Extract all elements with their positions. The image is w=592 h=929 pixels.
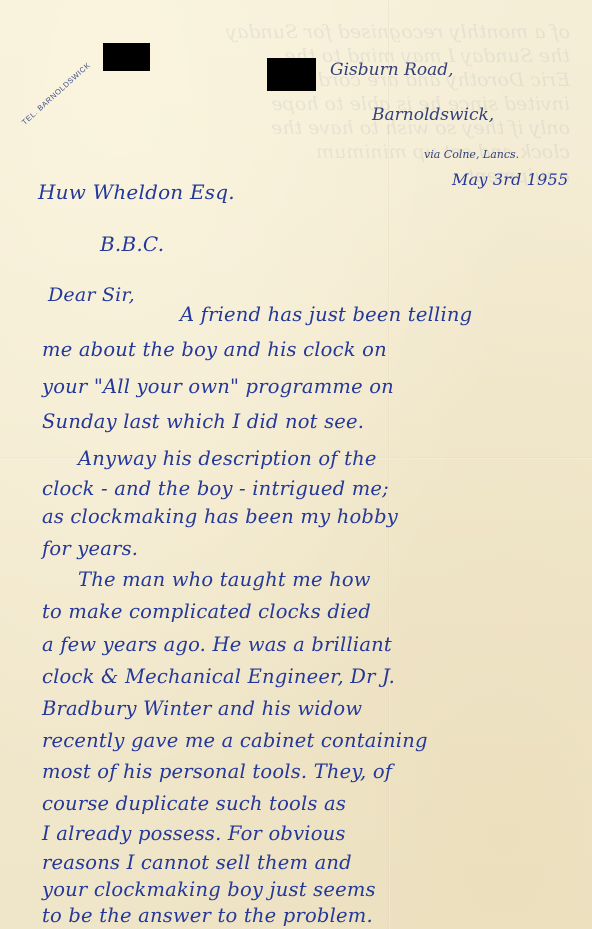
body-line: a few years ago. He was a brilliant <box>42 633 392 656</box>
body-line: to make complicated clocks died <box>42 600 371 623</box>
body-line: as clockmaking has been my hobby <box>42 505 398 528</box>
body-line: your "All your own" programme on <box>42 375 394 398</box>
letter-date: May 3rd 1955 <box>452 170 568 189</box>
body-line: clock & Mechanical Engineer, Dr J. <box>42 665 395 688</box>
body-line: A friend has just been telling <box>180 303 472 326</box>
body-line: recently gave me a cabinet containing <box>42 729 428 752</box>
letterhead-address-line: via Colne, Lancs. <box>424 148 519 161</box>
body-line: Bradbury Winter and his widow <box>42 697 362 720</box>
body-line: Sunday last which I did not see. <box>42 410 364 433</box>
body-line: Anyway his description of the <box>78 447 377 470</box>
letterhead-address-line: Barnoldswick, <box>372 105 494 125</box>
recipient-name: Huw Wheldon Esq. <box>38 180 235 204</box>
body-line: course duplicate such tools as <box>42 792 346 815</box>
body-line: I already possess. For obvious <box>42 822 346 845</box>
body-line: your clockmaking boy just seems <box>42 878 376 901</box>
body-line: clock - and the boy - intrigued me; <box>42 477 389 500</box>
salutation: Dear Sir, <box>48 284 135 306</box>
redaction-box <box>103 43 150 71</box>
body-line: to be the answer to the problem. <box>42 904 373 927</box>
redaction-box <box>267 58 316 91</box>
body-line: The man who taught me how <box>78 568 371 591</box>
reverse-side-showthrough: of a monthly recognised for Sunday the S… <box>250 20 570 188</box>
showthrough-line: clock and set up minimum <box>250 140 570 164</box>
recipient-organisation: B.B.C. <box>100 232 164 256</box>
body-line: most of his personal tools. They, of <box>42 760 392 783</box>
showthrough-line: of a monthly recognised for Sunday <box>250 20 570 44</box>
body-line: me about the boy and his clock on <box>42 338 387 361</box>
body-line: reasons I cannot sell them and <box>42 851 352 874</box>
body-line: for years. <box>42 537 138 560</box>
letterhead-address-line: Gisburn Road, <box>330 60 454 80</box>
